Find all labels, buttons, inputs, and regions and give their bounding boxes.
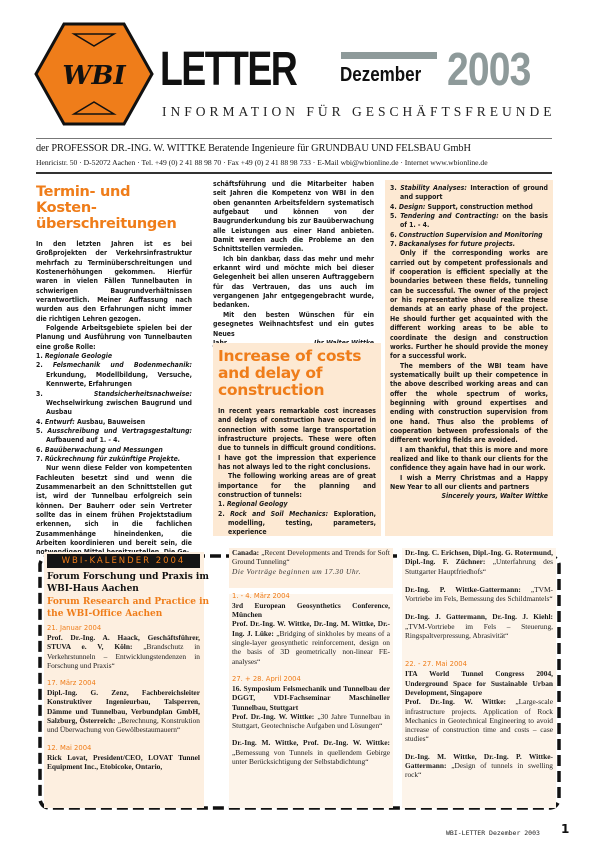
calendar-entry: 27. + 28. April 2004 16. Symposium Felsm… bbox=[232, 675, 390, 766]
list-item: 1. Regional Geology bbox=[218, 500, 376, 509]
article-de-para: Nur wenn diese Felder von kompetenten Fa… bbox=[36, 464, 192, 557]
list-item: 3. Standsicherheitsnachweise: Wechselwir… bbox=[36, 390, 192, 418]
event-date: 27. + 28. April 2004 bbox=[232, 675, 390, 684]
list-item: 6. Construction Supervision and Monitori… bbox=[390, 231, 548, 240]
talk-entry: Dr.-Ing. C. Erichsen, Dipl.-Ing. G. Rote… bbox=[405, 548, 553, 576]
calendar-entry: 12. Mai 2004 Rick Lovat, President/CEO, … bbox=[47, 744, 200, 772]
issue-year: 2003 bbox=[447, 46, 531, 92]
wbi-logo: WBI bbox=[34, 22, 154, 126]
gray-accent-bar bbox=[341, 52, 437, 59]
calendar-column-2: Canada: „Recent Developments and Trends … bbox=[232, 548, 390, 775]
company-address: Henricistr. 50 · D-52072 Aachen · Tel. +… bbox=[36, 158, 488, 167]
list-item: 5. Tendering and Contracting: on the bas… bbox=[390, 212, 548, 231]
list-item: 6. Bauüberwachung und Messungen bbox=[36, 446, 192, 455]
event-name: 3rd European Geosynthetics Conference, M… bbox=[232, 601, 390, 620]
event-name: 16. Symposium Felsmechanik und Tunnelbau… bbox=[232, 684, 390, 712]
article-de-lead: Folgende Arbeitsgebiete spielen bei der … bbox=[36, 324, 192, 352]
article-en-para: The members of the WBI team have systema… bbox=[390, 362, 548, 446]
event-date: 1. - 4. März 2004 bbox=[232, 592, 390, 601]
newsletter-title: LETTER bbox=[160, 46, 296, 94]
list-item: 7. Rückrechnung für zukünftige Projekte. bbox=[36, 455, 192, 464]
calendar-column-3: Dr.-Ing. C. Erichsen, Dipl.-Ing. G. Rote… bbox=[405, 548, 553, 789]
footer-label: WBI-LETTER Dezember 2003 bbox=[446, 829, 540, 837]
event-date: 17. März 2004 bbox=[47, 679, 200, 688]
article-de-para: Ich bin dankbar, dass das mehr und mehr … bbox=[213, 255, 374, 311]
list-item: 2. Rock and Soil Mechanics: Exploration,… bbox=[218, 510, 376, 538]
calendar-title-de: Forum Forschung und Praxis im WBI-Haus A… bbox=[47, 572, 217, 595]
list-item: 3. Stability Analyses: Interaction of gr… bbox=[390, 184, 548, 203]
page-number: 1 bbox=[561, 822, 569, 836]
event-date: 12. Mai 2004 bbox=[47, 744, 200, 753]
article-en-list: 1. Regional Geology 2. Rock and Soil Mec… bbox=[218, 500, 376, 537]
article-en-para: Only if the corresponding works are carr… bbox=[390, 249, 548, 361]
calendar-column-1: 21. Januar 2004 Prof. Dr.-Ing. A. Haack,… bbox=[47, 624, 200, 780]
article-de-column-2: schäftsführung und die Mitarbeiter haben… bbox=[213, 180, 374, 348]
calendar-entry: 17. März 2004 Dipl.-Ing. G. Zenz, Fachbe… bbox=[47, 679, 200, 734]
article-en-lead: The following working areas are of great… bbox=[218, 472, 376, 500]
hexagon-logo-icon: WBI bbox=[34, 22, 154, 126]
article-de-column-1: Termin- und Kosten-überschreitungen In d… bbox=[36, 184, 192, 558]
issue-month: Dezember bbox=[340, 64, 421, 87]
calendar-entry: 1. - 4. März 2004 3rd European Geosynthe… bbox=[232, 592, 390, 666]
article-de-list: 1. Regionale Geologie 2. Felsmechanik un… bbox=[36, 352, 192, 464]
event-date: 22. - 27. Mai 2004 bbox=[405, 660, 553, 669]
header-divider bbox=[36, 138, 552, 139]
article-en-column-1: Increase of costs and delay of construct… bbox=[218, 348, 376, 538]
calendar-entry: 22. - 27. Mai 2004 ITA World Tunnel Cong… bbox=[405, 660, 553, 779]
event-date: 21. Januar 2004 bbox=[47, 624, 200, 633]
company-name: der PROFESSOR DR.-ING. W. WITTKE Beraten… bbox=[36, 143, 471, 154]
article-en-column-2: 3. Stability Analyses: Interaction of gr… bbox=[390, 184, 548, 502]
calendar-entry: 21. Januar 2004 Prof. Dr.-Ing. A. Haack,… bbox=[47, 624, 200, 670]
article-de-intro: In den letzten Jahren ist es bei Großpro… bbox=[36, 240, 192, 324]
calendar-entry-continued: Canada: „Recent Developments and Trends … bbox=[232, 548, 390, 567]
list-item: 5. Ausschreibung und Vertragsgestaltung:… bbox=[36, 427, 192, 446]
list-item: 7. Backanalyses for future projects. bbox=[390, 240, 548, 249]
svg-text:WBI: WBI bbox=[62, 61, 126, 91]
calendar-title-en: Forum Research and Practice in the WBI-O… bbox=[47, 597, 217, 620]
article-en-para: I wish a Merry Christmas and a Happy New… bbox=[390, 474, 548, 493]
header-divider-bottom bbox=[36, 172, 552, 174]
article-en-title: Increase of costs and delay of construct… bbox=[218, 348, 376, 399]
article-en-intro: In recent years remarkable cost increase… bbox=[218, 407, 376, 472]
article-en-signature: Sincerely yours, Walter Wittke bbox=[390, 492, 548, 501]
article-en-para: I am thankful, that this is more and mor… bbox=[390, 446, 548, 474]
event-name: ITA World Tunnel Congress 2004, Undergro… bbox=[405, 669, 553, 697]
list-item: 4. Design: Support, construction method bbox=[390, 203, 548, 212]
article-de-para: Mit den besten Wünschen für ein gesegnet… bbox=[213, 311, 374, 339]
article-de-title: Termin- und Kosten-überschreitungen bbox=[36, 184, 192, 232]
talk-entry: Dr.-Ing. P. Wittke-Gattermann: „TVM-Vort… bbox=[405, 585, 553, 604]
newsletter-subtitle: INFORMATION FÜR GESCHÄFTSFREUNDE bbox=[162, 104, 556, 120]
lecture-time-note: Die Vorträge beginnen um 17.30 Uhr. bbox=[232, 567, 390, 576]
list-item: 1. Regionale Geologie bbox=[36, 352, 192, 361]
list-item: 4. Entwurf: Ausbau, Bauweisen bbox=[36, 418, 192, 427]
list-item: 2. Felsmechanik und Bodenmechanik: Erkun… bbox=[36, 361, 192, 389]
calendar-header: WBI-KALENDER 2004 bbox=[47, 554, 200, 568]
article-de-para: schäftsführung und die Mitarbeiter haben… bbox=[213, 180, 374, 255]
article-en-list-continued: 3. Stability Analyses: Interaction of gr… bbox=[390, 184, 548, 249]
talk-entry: Dr.-Ing. J. Gattermann, Dr.-Ing. J. Kieh… bbox=[405, 612, 553, 640]
